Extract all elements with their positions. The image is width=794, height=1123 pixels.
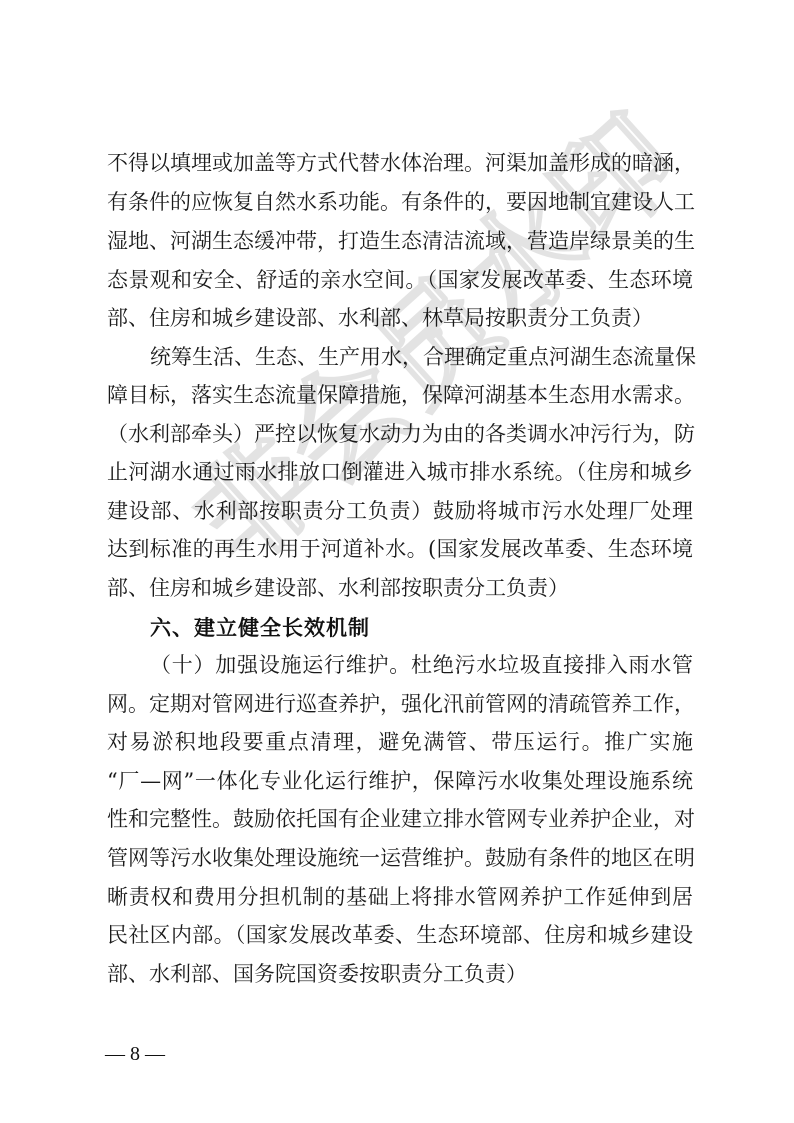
text-line: “厂—网”一体化专业化运行维护，保障污水收集处理设施系统 [107, 766, 693, 796]
text-line: 止河湖水通过雨水排放口倒灌进入城市排水系统。（住房和城乡 [107, 457, 693, 487]
text-line: （十）加强设施运行维护。杜绝污水垃圾直接排入雨水管 [150, 650, 693, 680]
text-line: 达到标准的再生水用于河道补水。(国家发展改革委、生态环境 [107, 534, 693, 564]
text-line: 晰责权和费用分担机制的基础上将排水管网养护工作延伸到居 [107, 882, 693, 912]
text-line: 不得以填埋或加盖等方式代替水体治理。河渠加盖形成的暗涵， [107, 148, 693, 178]
text-line: 部、住房和城乡建设部、水利部按职责分工负责） [107, 573, 693, 603]
document-page: 非会员水印 不得以填埋或加盖等方式代替水体治理。河渠加盖形成的暗涵，有条件的应恢… [0, 0, 794, 1123]
text-line: 统筹生活、生态、生产用水，合理确定重点河湖生态流量保 [150, 342, 693, 372]
text-line: 性和完整性。鼓励依托国有企业建立排水管网专业养护企业，对 [107, 804, 693, 834]
text-line: 部、住房和城乡建设部、水利部、林草局按职责分工负责） [107, 303, 693, 333]
page-number: — 8 — [105, 1040, 165, 1068]
section-heading: 六、建立健全长效机制 [150, 613, 370, 643]
text-line: 有条件的应恢复自然水系功能。有条件的，要因地制宜建设人工 [107, 187, 693, 217]
text-line: 管网等污水收集处理设施统一运营维护。鼓励有条件的地区在明 [107, 843, 693, 873]
text-line: 部、水利部、国务院国资委按职责分工负责） [107, 959, 693, 989]
text-line: 网。定期对管网进行巡查养护，强化汛前管网的清疏管养工作， [107, 689, 693, 719]
text-line: （水利部牵头）严控以恢复水动力为由的各类调水冲污行为，防 [107, 419, 693, 449]
text-line: 建设部、水利部按职责分工负责）鼓励将城市污水处理厂处理 [107, 496, 693, 526]
text-line: 民社区内部。（国家发展改革委、生态环境部、住房和城乡建设 [107, 920, 693, 950]
text-line: 对易淤积地段要重点清理，避免满管、带压运行。推广实施 [107, 727, 693, 757]
text-line: 态景观和安全、舒适的亲水空间。（国家发展改革委、生态环境 [107, 265, 693, 295]
text-line: 障目标，落实生态流量保障措施，保障河湖基本生态用水需求。 [107, 380, 693, 410]
text-line: 湿地、河湖生态缓冲带，打造生态清洁流域，营造岸绿景美的生 [107, 226, 693, 256]
